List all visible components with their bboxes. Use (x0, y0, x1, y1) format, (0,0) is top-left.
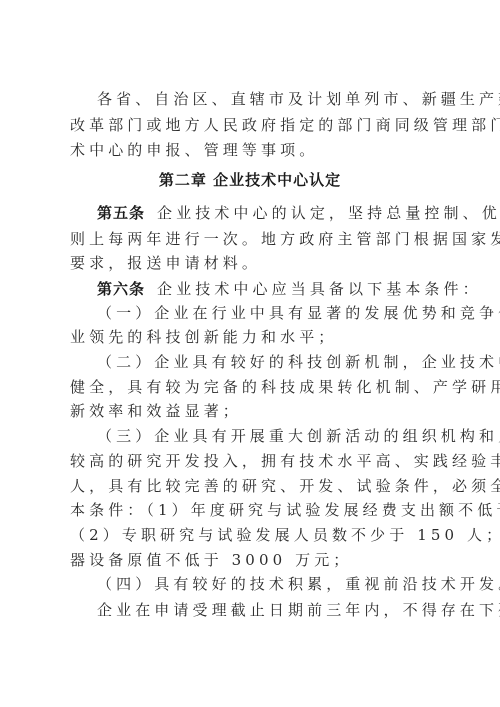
chapter-heading: 第二章 企业技术中心认定 (0, 170, 500, 190)
intro-line-2: 改革部门或地方人民政府指定的部门商同级管理部门，负责企业技 (70, 115, 434, 135)
article5-line-3: 要求，报送申请材料。 (70, 253, 434, 273)
intro-line-1: 各省、自治区、直辖市及计划单列市、新疆生产建设兵团发展 (97, 89, 434, 109)
condition-2-line-3: 新效率和效益显著； (70, 401, 434, 421)
intro-line-3: 术中心的申报、管理等事项。 (70, 140, 434, 160)
article5-line-1: 第五条企业技术中心的认定，坚持总量控制、优中选优，原 (97, 203, 434, 223)
condition-2-line-1: （二）企业具有较好的科技创新机制，企业技术中心组织体系 (97, 352, 434, 372)
condition-1-line-2: 业领先的科技创新能力和水平； (70, 327, 434, 347)
condition-3-line-3: 人，具有比较完善的研究、开发、试验条件，必须全部满足以下基 (70, 476, 434, 496)
condition-4-line-1: （四）具有较好的技术积累，重视前沿技术开发。 (97, 574, 434, 594)
exclusion-intro-line: 企业在申请受理截止日期前三年内，不得存在下列情况： (97, 600, 434, 620)
condition-3-line-1: （三）企业具有开展重大创新活动的组织机构和人员队伍，有 (97, 426, 434, 446)
condition-3-line-6: 器设备原值不低于 3000 万元； (70, 550, 434, 570)
condition-3-line-5: （2）专职研究与试验发展人员数不少于 150 人；（3）技术开发仪 (70, 525, 434, 545)
condition-3-line-4: 本条件：（1）年度研究与试验发展经费支出额不低于 3000 万元； (70, 500, 434, 520)
condition-3-line-2: 较高的研究开发投入，拥有技术水平高、实践经验丰富的技术带头 (70, 451, 434, 471)
condition-1-line-1: （一）企业在行业中具有显著的发展优势和竞争优势，具有行 (97, 303, 434, 323)
article5-label: 第五条 (97, 204, 145, 222)
article6-text-1: 企业技术中心应当具备以下基本条件： (157, 280, 482, 298)
article5-line-2: 则上每两年进行一次。地方政府主管部门根据国家发展改革委通知 (70, 229, 434, 249)
article6-line-1: 第六条企业技术中心应当具备以下基本条件： (97, 279, 434, 299)
condition-2-line-2: 健全，具有较为完备的科技成果转化机制、产学研用协同机制，创 (70, 377, 434, 397)
document-page: 各省、自治区、直辖市及计划单列市、新疆生产建设兵团发展 改革部门或地方人民政府指… (0, 0, 500, 707)
article5-text-1: 企业技术中心的认定，坚持总量控制、优中选优，原 (157, 204, 500, 222)
article6-label: 第六条 (97, 280, 145, 298)
